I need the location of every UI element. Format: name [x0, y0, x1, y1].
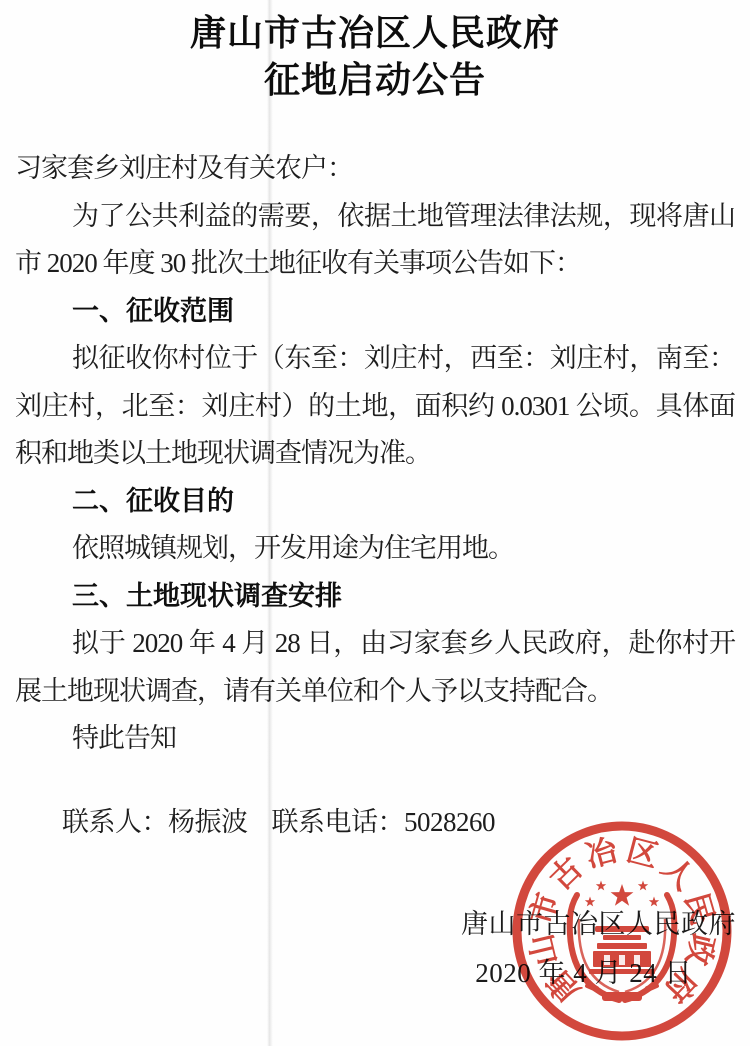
title-line-2: 征地启动公告 [0, 57, 750, 104]
contact-person-label: 联系人： [62, 807, 168, 837]
section-3-heading: 三、土地现状调查安排 [15, 573, 735, 621]
svg-text:区: 区 [623, 832, 662, 874]
document-page: 唐山市古冶区人民政府 征地启动公告 习家套乡刘庄村及有关农户： 为了公共利益的需… [0, 0, 750, 1046]
section-2-body: 依照城镇规划，开发用途为住宅用地。 [15, 525, 735, 573]
closing-note: 特此告知 [15, 715, 735, 763]
contact-phone-number: 5028260 [404, 807, 495, 837]
section-1-body: 拟征收你村位于（东至：刘庄村，西至：刘庄村，南至：刘庄村，北至：刘庄村）的土地，… [15, 335, 735, 478]
title-line-1: 唐山市古冶区人民政府 [0, 10, 750, 57]
section-2-heading: 二、征收目的 [15, 478, 735, 526]
seal-rim-text: 唐山市古冶区人民政府 [523, 832, 721, 1009]
svg-text:冶: 冶 [582, 832, 622, 874]
document-body: 习家套乡刘庄村及有关农户： 为了公共利益的需要，依据土地管理法律法规，现将唐山市… [15, 145, 735, 763]
official-seal: 唐山市古冶区人民政府 [507, 816, 737, 1046]
salutation: 习家套乡刘庄村及有关农户： [15, 145, 735, 193]
svg-text:市: 市 [524, 889, 566, 928]
national-emblem-icon [570, 881, 675, 1002]
contact-phone-label: 联系电话： [272, 807, 405, 837]
svg-text:政: 政 [680, 931, 721, 969]
contact-line: 联系人：杨振波联系电话：5028260 [62, 802, 495, 842]
document-title: 唐山市古冶区人民政府 征地启动公告 [0, 10, 750, 104]
svg-text:民: 民 [678, 889, 720, 928]
section-3-body: 拟于 2020 年 4 月 28 日，由习家套乡人民政府，赴你村开展土地现状调查… [15, 620, 735, 715]
svg-text:山: 山 [523, 931, 564, 969]
contact-person-name: 杨振波 [168, 807, 248, 837]
intro-paragraph: 为了公共利益的需要，依据土地管理法律法规，现将唐山市 2020 年度 30 批次… [15, 193, 735, 288]
section-1-heading: 一、征收范围 [15, 288, 735, 336]
